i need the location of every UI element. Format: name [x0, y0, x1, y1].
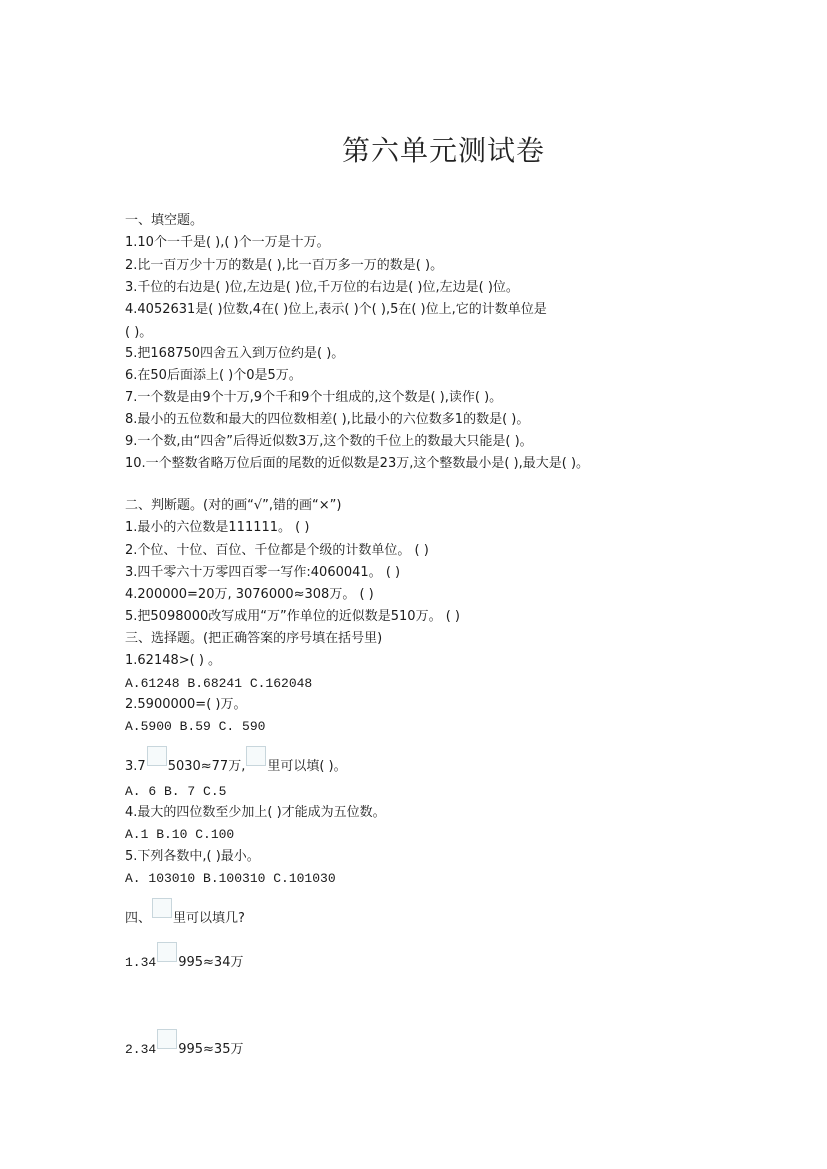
question-4-2-suffix: 995≈35万 [178, 1042, 243, 1057]
question-1-6: 6.在50后面添上( )个0是5万。 [125, 368, 302, 384]
question-4-1-suffix: 995≈34万 [178, 955, 243, 970]
question-3-3-prefix: 3.7 [125, 759, 146, 774]
question-3-2: 2.5900000=( )万。 [125, 697, 246, 713]
question-4-1: 1.34995≈34万 [125, 948, 243, 971]
answer-box-reference [246, 746, 266, 766]
options-3-2: A.5900 B.59 C. 590 [125, 719, 265, 735]
question-1-1: 1.10个一千是( ),( )个一万是十万。 [125, 235, 330, 251]
question-2-4: 4.200000=20万, 3076000≈308万。 ( ) [125, 587, 374, 603]
question-3-3-suffix: 里可以填( )。 [267, 759, 346, 774]
section-heading-true-false: 二、判断题。(对的画“√”,错的画“×”) [125, 498, 341, 514]
question-3-3: 3.75030≈77万,里可以填( )。 [125, 752, 347, 775]
options-3-4: A.1 B.10 C.100 [125, 827, 234, 843]
answer-box[interactable] [157, 942, 177, 962]
question-1-4-continued: ( )。 [125, 325, 152, 341]
question-3-1: 1.62148>( ) 。 [125, 653, 221, 669]
section4-heading-suffix: 里可以填几? [173, 911, 245, 926]
question-1-3: 3.千位的右边是( )位,左边是( )位,千万位的右边是( )位,左边是( )位… [125, 280, 519, 296]
options-3-1: A.61248 B.68241 C.162048 [125, 676, 312, 692]
question-1-10: 10.一个整数省略万位后面的尾数的近似数是23万,这个整数最小是( ),最大是(… [125, 456, 589, 472]
section-heading-fill-blank: 一、填空题。 [125, 213, 203, 229]
question-4-2-prefix: 2.34 [125, 1042, 156, 1057]
section-heading-multiple-choice: 三、选择题。(把正确答案的序号填在括号里) [125, 631, 382, 647]
options-3-5: A. 103010 B.100310 C.101030 [125, 871, 336, 887]
section-heading-fill-box: 四、里可以填几? [125, 904, 245, 927]
question-2-3: 3.四千零六十万零四百零一写作:4060041。 ( ) [125, 565, 400, 581]
options-3-3: A. 6 B. 7 C.5 [125, 784, 226, 800]
page-title: 第六单元测试卷 [0, 129, 827, 169]
question-3-4: 4.最大的四位数至少加上( )才能成为五位数。 [125, 805, 386, 821]
question-4-2: 2.34995≈35万 [125, 1035, 243, 1058]
question-1-8: 8.最小的五位数和最大的四位数相差( ),比最小的六位数多1的数是( )。 [125, 412, 529, 428]
question-4-1-prefix: 1.34 [125, 955, 156, 970]
question-3-3-mid: 5030≈77万, [168, 759, 246, 774]
answer-box[interactable] [157, 1029, 177, 1049]
question-1-4: 4.4052631是( )位数,4在( )位上,表示( )个( ),5在( )位… [125, 302, 547, 318]
section4-heading-prefix: 四、 [125, 911, 151, 926]
question-1-5: 5.把168750四舍五入到万位约是( )。 [125, 346, 344, 362]
question-2-1: 1.最小的六位数是111111。 ( ) [125, 520, 309, 536]
box-icon [152, 898, 172, 918]
question-1-9: 9.一个数,由“四舍”后得近似数3万,这个数的千位上的数最大只能是( )。 [125, 434, 533, 450]
question-1-7: 7.一个数是由9个十万,9个千和9个十组成的,这个数是( ),读作( )。 [125, 390, 502, 406]
question-1-2: 2.比一百万少十万的数是( ),比一百万多一万的数是( )。 [125, 258, 443, 274]
question-2-5: 5.把5098000改写成用“万”作单位的近似数是510万。 ( ) [125, 609, 460, 625]
question-3-5: 5.下列各数中,( )最小。 [125, 849, 260, 865]
question-2-2: 2.个位、十位、百位、千位都是个级的计数单位。 ( ) [125, 543, 429, 559]
answer-box[interactable] [147, 746, 167, 766]
